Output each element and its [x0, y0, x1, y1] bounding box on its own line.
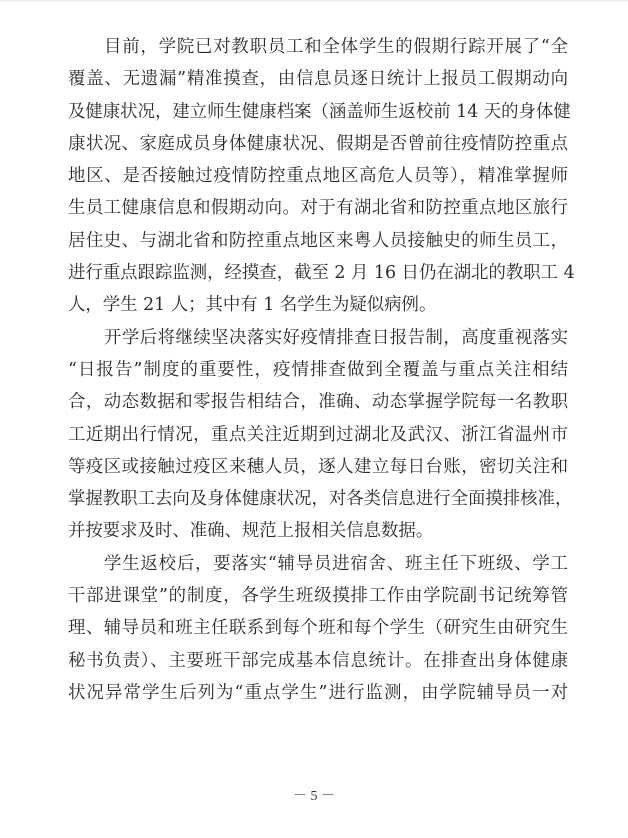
- text-line: 及健康状况，建立师生健康档案（涵盖师生返校前 14 天的身体健: [68, 96, 568, 128]
- text-line: “日报告”制度的重要性，疫情排查做到全覆盖与重点关注相结: [68, 354, 568, 386]
- text-line: 掌握教职工去向及身体健康状况，对各类信息进行全面摸排核准，: [68, 483, 568, 515]
- text-line: 覆盖、无遗漏”精准摸查，由信息员逐日统计上报员工假期动向: [68, 63, 568, 95]
- text-line: 居住史、与湖北省和防控重点地区来粤人员接触史的师生员工，: [68, 225, 568, 257]
- text-line: 地区、是否接触过疫情防控重点地区高危人员等），精准掌握师: [68, 160, 568, 192]
- text-line: 理、辅导员和班主任联系到每个班和每个学生（研究生由研究生: [68, 612, 568, 644]
- text-line: 工近期出行情况，重点关注近期到过湖北及武汉、浙江省温州市: [68, 419, 568, 451]
- text-line: 干部进课堂”的制度，各学生班级摸排工作由学院副书记统筹管: [68, 580, 568, 612]
- text-line: 生员工健康信息和假期动向。对于有湖北省和防控重点地区旅行: [68, 192, 568, 224]
- page-top-edge: [0, 0, 628, 2]
- text-line: 进行重点跟踪监测，经摸查，截至 2 月 16 日仍在湖北的教职工 4: [68, 257, 568, 289]
- text-line: 学生返校后，要落实“辅导员进宿舍、班主任下班级、学工: [68, 548, 568, 580]
- document-page: 目前，学院已对教职员工和全体学生的假期行踪开展了“全 覆盖、无遗漏”精准摸查，由…: [0, 0, 628, 838]
- paragraph-1: 目前，学院已对教职员工和全体学生的假期行踪开展了“全 覆盖、无遗漏”精准摸查，由…: [68, 31, 568, 322]
- paragraph-2: 开学后将继续坚决落实好疫情排查日报告制，高度重视落实 “日报告”制度的重要性，疫…: [68, 322, 568, 548]
- text-line: 人，学生 21 人；其中有 1 名学生为疑似病例。: [68, 289, 568, 321]
- paragraph-3: 学生返校后，要落实“辅导员进宿舍、班主任下班级、学工 干部进课堂”的制度，各学生…: [68, 548, 568, 709]
- text-line: 状况异常学生后列为“重点学生”进行监测，由学院辅导员一对: [68, 677, 568, 709]
- page-number: － 5 －: [0, 785, 628, 805]
- text-line: 秘书负责）、主要班干部完成基本信息统计。在排查出身体健康: [68, 645, 568, 677]
- text-line: 康状况、家庭成员身体健康状况、假期是否曾前往疫情防控重点: [68, 128, 568, 160]
- text-line: 目前，学院已对教职员工和全体学生的假期行踪开展了“全: [68, 31, 568, 63]
- text-line: 合，动态数据和零报告相结合，准确、动态掌握学院每一名教职: [68, 386, 568, 418]
- text-line: 并按要求及时、准确、规范上报相关信息数据。: [68, 515, 568, 547]
- text-line: 开学后将继续坚决落实好疫情排查日报告制，高度重视落实: [68, 322, 568, 354]
- body-text: 目前，学院已对教职员工和全体学生的假期行踪开展了“全 覆盖、无遗漏”精准摸查，由…: [68, 31, 568, 709]
- text-line: 等疫区或接触过疫区来穗人员，逐人建立每日台账，密切关注和: [68, 451, 568, 483]
